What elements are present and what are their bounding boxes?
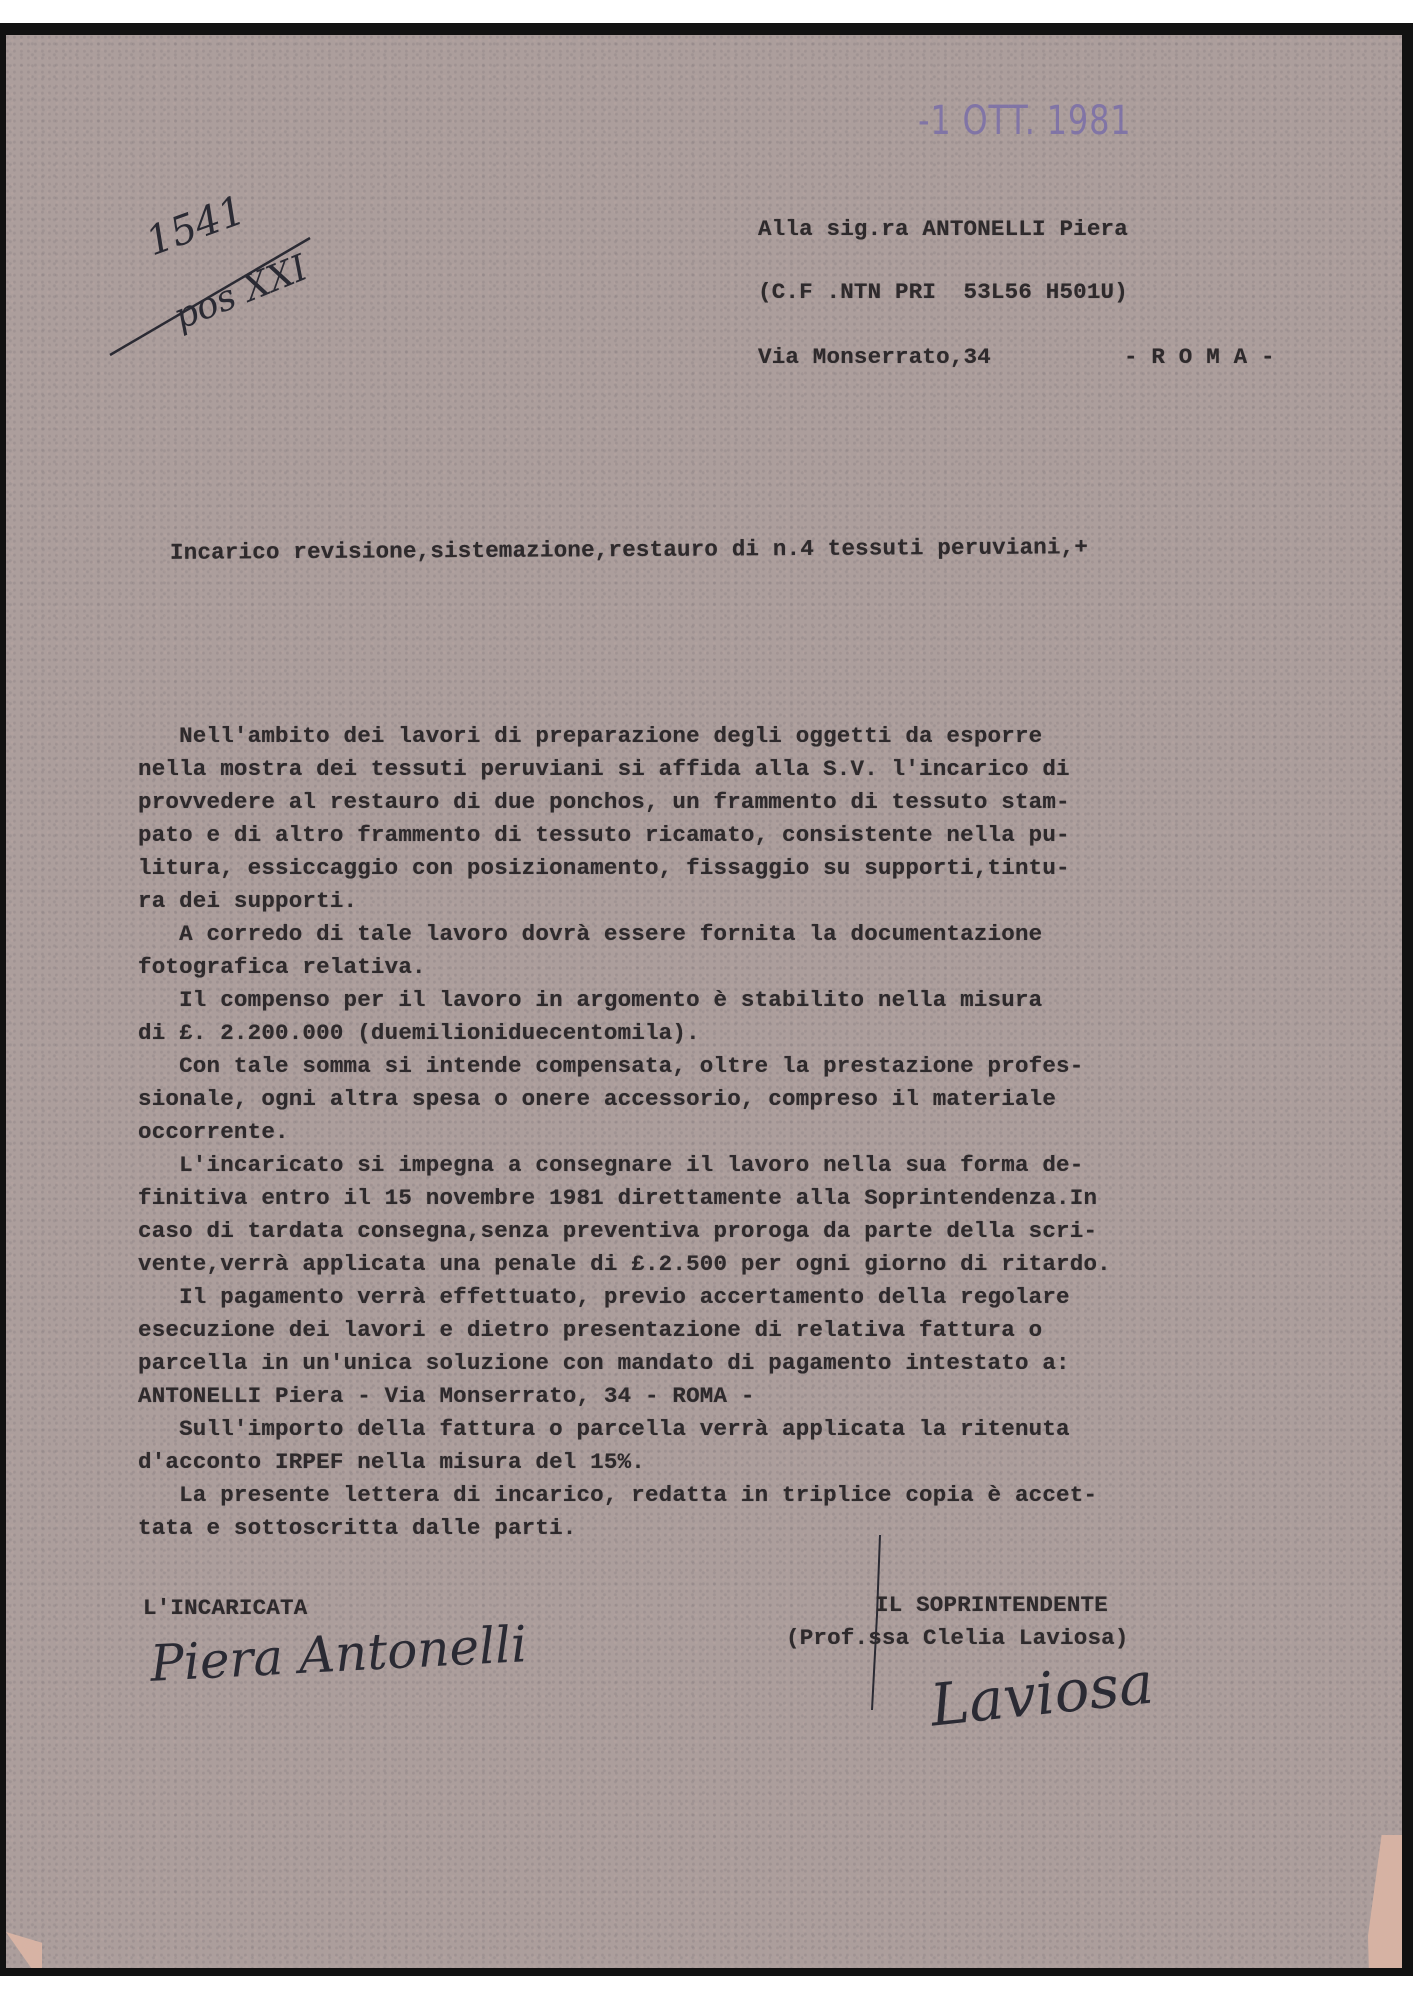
body-line: vente,verrà applicata una penale di £.2.… (138, 1251, 1111, 1277)
paper-fold-right (1368, 1835, 1402, 1968)
body-line: finitiva entro il 15 novembre 1981 diret… (138, 1185, 1097, 1211)
recipient-street: Via Monserrato,34 (758, 344, 991, 370)
body-line: nella mostra dei tessuti peruviani si af… (138, 756, 1070, 782)
superintendent-title: IL SOPRINTENDENTE (875, 1592, 1108, 1618)
body-line: pato e di altro frammento di tessuto ric… (138, 822, 1070, 848)
recipient-name: Alla sig.ra ANTONELLI Piera (758, 216, 1128, 242)
body-line: d'acconto IRPEF nella misura del 15%. (138, 1449, 645, 1475)
body-line: sionale, ogni altra spesa o onere access… (138, 1086, 1056, 1112)
paper-fold-corner (6, 1932, 42, 1968)
body-line: occorrente. (138, 1119, 289, 1145)
body-line: La presente lettera di incarico, redatta… (138, 1482, 1097, 1508)
body-line: Sull'importo della fattura o parcella ve… (138, 1416, 1070, 1442)
body-line: A corredo di tale lavoro dovrà essere fo… (138, 921, 1042, 947)
date-stamp: -1 OTT. 1981 (918, 98, 1131, 144)
body-line: ANTONELLI Piera - Via Monserrato, 34 - R… (138, 1383, 755, 1409)
body-line: Il pagamento verrà effettuato, previo ac… (138, 1284, 1070, 1310)
body-line: esecuzione dei lavori e dietro presentaz… (138, 1317, 1042, 1343)
contractor-label: L'INCARICATA (143, 1595, 307, 1621)
recipient-tax-code: (C.F .NTN PRI 53L56 H501U) (758, 279, 1128, 305)
body-line: ra dei supporti. (138, 888, 357, 914)
body-line: L'incaricato si impegna a consegnare il … (138, 1152, 1083, 1178)
body-line: caso di tardata consegna,senza preventiv… (138, 1218, 1097, 1244)
body-line: parcella in un'unica soluzione con manda… (138, 1350, 1070, 1376)
body-line: provvedere al restauro di due ponchos, u… (138, 789, 1070, 815)
recipient-city: - R O M A - (1124, 344, 1275, 370)
superintendent-name: (Prof.ssa Clelia Laviosa) (786, 1625, 1129, 1651)
body-line: litura, essiccaggio con posizionamento, … (138, 855, 1070, 881)
body-line: di £. 2.200.000 (duemilioniduecentomila)… (138, 1020, 700, 1046)
body-line: Con tale somma si intende compensata, ol… (138, 1053, 1083, 1079)
body-line: Il compenso per il lavoro in argomento è… (138, 987, 1042, 1013)
body-line: tata e sottoscritta dalle parti. (138, 1515, 576, 1541)
body-line: fotografica relativa. (138, 954, 426, 980)
body-line: Nell'ambito dei lavori di preparazione d… (138, 723, 1042, 749)
